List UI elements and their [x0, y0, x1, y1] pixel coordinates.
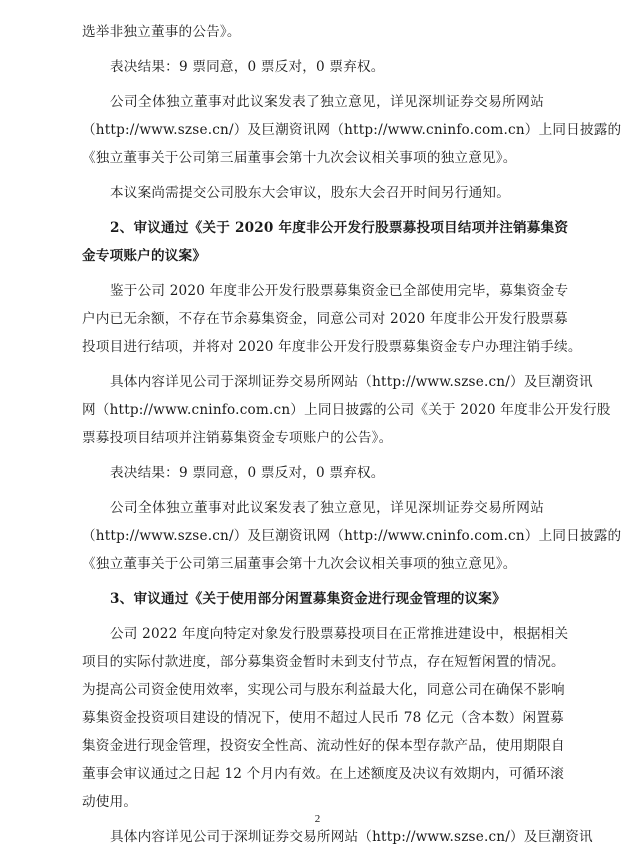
text-line: 集资金进行现金管理，投资安全性高、流动性好的保本型存款产品，使用期限自 [82, 736, 544, 756]
text-line: 选举非独立董事的公告》。 [82, 22, 544, 42]
text-line: 投项目进行结项，并将对 2020 年度非公开发行股票募集资金专户办理注销手续。 [82, 337, 544, 357]
text-line: 募集资金投资项目建设的情况下，使用不超过人民币 78 亿元（含本数）闲置募 [82, 708, 544, 728]
text-line: 项目的实际付款进度，部分募集资金暂时未到支付节点，存在短暂闲置的情况。 [82, 652, 544, 672]
text-line: 鉴于公司 2020 年度非公开发行股票募集资金已全部使用完毕，募集资金专 [110, 281, 544, 301]
text-line: 本议案尚需提交公司股东大会审议，股东大会召开时间另行通知。 [110, 183, 544, 203]
text-line: 公司全体独立董事对此议案发表了独立意见，详见深圳证券交易所网站 [110, 92, 544, 112]
text-line: 公司 2022 年度向特定对象发行股票募投项目在正常推进建设中，根据相关 [110, 624, 544, 644]
text-line: 具体内容详见公司于深圳证券交易所网站（http://www.szse.cn/）及… [110, 372, 544, 392]
text-line: 户内已无余额，不存在节余募集资金，同意公司对 2020 年度非公开发行股票募 [82, 309, 544, 329]
text-line: 为提高公司资金使用效率，实现公司与股东利益最大化，同意公司在确保不影响 [82, 680, 544, 700]
section-heading-3: 3、审议通过《关于使用部分闲置募集资金进行现金管理的议案》 [110, 589, 544, 609]
page-number: 2 [0, 813, 635, 825]
text-line: （http://www.szse.cn/）及巨潮资讯网（http://www.c… [82, 120, 544, 140]
text-line: 董事会审议通过之日起 12 个月内有效。在上述额度及决议有效期内，可循环滚 [82, 764, 544, 784]
text-line: 票募投项目结项并注销募集资金专项账户的公告》。 [82, 428, 544, 448]
text-line: 《独立董事关于公司第三届董事会第十九次会议相关事项的独立意见》。 [82, 148, 544, 168]
text-line: 动使用。 [82, 792, 544, 812]
text-line: 公司全体独立董事对此议案发表了独立意见，详见深圳证券交易所网站 [110, 498, 544, 518]
text-line: 网（http://www.cninfo.com.cn）上同日披露的公司《关于 2… [82, 400, 544, 420]
vote-result: 表决结果：9 票同意，0 票反对，0 票弃权。 [110, 463, 544, 483]
text-line: 具体内容详见公司于深圳证券交易所网站（http://www.szse.cn/）及… [110, 827, 544, 847]
section-heading-2: 2、审议通过《关于 2020 年度非公开发行股票募投项目结项并注销募集资 [110, 218, 544, 238]
section-heading-2-cont: 金专项账户的议案》 [82, 246, 544, 266]
text-line: 《独立董事关于公司第三届董事会第十九次会议相关事项的独立意见》。 [82, 554, 544, 574]
text-line: （http://www.szse.cn/）及巨潮资讯网（http://www.c… [82, 526, 544, 546]
vote-result: 表决结果：9 票同意，0 票反对，0 票弃权。 [110, 57, 544, 77]
